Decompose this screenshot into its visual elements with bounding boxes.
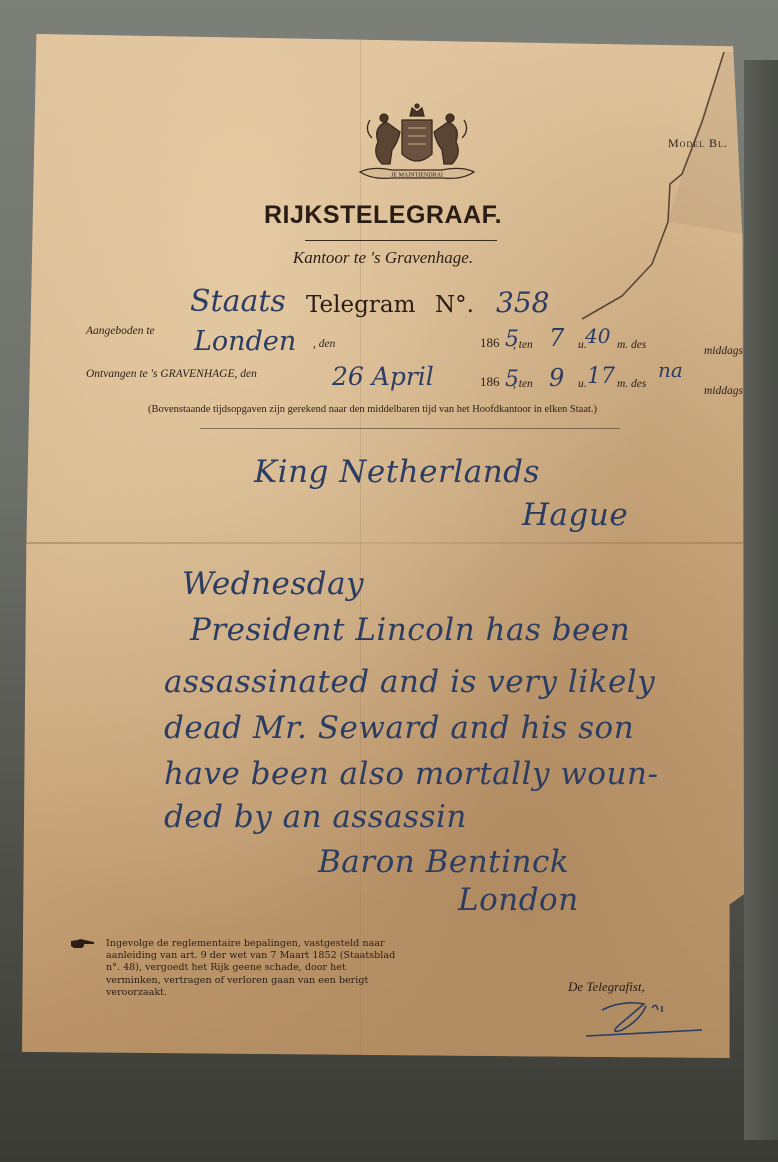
received-label: Ontvangen te 's GRAVENHAGE, den <box>86 368 257 380</box>
received-year-prefix: 186 <box>480 374 500 390</box>
received-minutes: 17 <box>587 364 615 389</box>
offered-hour: 7 <box>549 324 564 352</box>
telegram-label: Telegram <box>306 292 415 318</box>
title-divider <box>305 240 497 241</box>
received-u-label: u. <box>578 378 587 390</box>
received-mdes-label: m. des <box>617 378 646 390</box>
offered-ten-label: , ten <box>513 339 533 351</box>
document-title: RIJKSTELEGRAAF. <box>22 201 744 230</box>
message-line: ded by an assassin <box>164 799 467 835</box>
message-line: have been also mortally woun- <box>164 756 658 792</box>
coat-of-arms-icon: JE MAINTIENDRAI <box>352 102 482 202</box>
telegram-type-handwritten: Staats <box>190 284 286 319</box>
model-label: Model Bl. <box>668 136 728 151</box>
header-divider <box>200 428 620 429</box>
telegrafist-signature <box>582 992 712 1042</box>
message-line: assassinated and is very likely <box>164 664 655 700</box>
received-hour: 9 <box>549 364 564 392</box>
received-date: 26 April <box>332 362 434 391</box>
address-line-2: Hague <box>522 497 628 533</box>
offered-period-label: middags. <box>704 345 746 357</box>
address-line-1: King Netherlands <box>254 454 540 490</box>
liability-footnote: Ingevolge de reglementaire bepalingen, v… <box>106 938 396 999</box>
mount-backing <box>744 60 778 1140</box>
sender-place: London <box>458 882 579 918</box>
svg-text:JE MAINTIENDRAI: JE MAINTIENDRAI <box>391 173 443 179</box>
offered-mdes-label: m. des <box>617 339 646 351</box>
offered-minutes: 40 <box>585 324 610 348</box>
telegram-number: 358 <box>496 286 549 319</box>
received-ampm-handwritten: na <box>658 358 683 382</box>
offered-year-prefix: 186 <box>480 335 500 351</box>
office-subtitle: Kantoor te 's Gravenhage. <box>22 248 744 268</box>
offered-label: Aangeboden te <box>86 325 155 337</box>
message-line: President Lincoln has been <box>190 612 630 648</box>
received-ten-label: , ten <box>513 378 533 390</box>
message-line: dead Mr. Seward and his son <box>164 710 634 746</box>
horizontal-fold <box>22 542 744 544</box>
received-period-label: middags. <box>704 385 746 397</box>
time-note: (Bovenstaande tijdsopgaven zijn gerekend… <box>148 404 597 415</box>
telegram-number-label: N°. <box>435 292 474 318</box>
telegram-document: Model Bl. JE MAINTIENDRAI RIJKSTELEGRAAF… <box>22 34 744 1058</box>
message-line: Wednesday <box>182 566 364 602</box>
sender-name: Baron Bentinck <box>318 844 569 880</box>
offered-place: Londen <box>194 326 296 357</box>
offered-den-label: , den <box>313 338 335 350</box>
pointing-hand-icon <box>70 938 96 950</box>
